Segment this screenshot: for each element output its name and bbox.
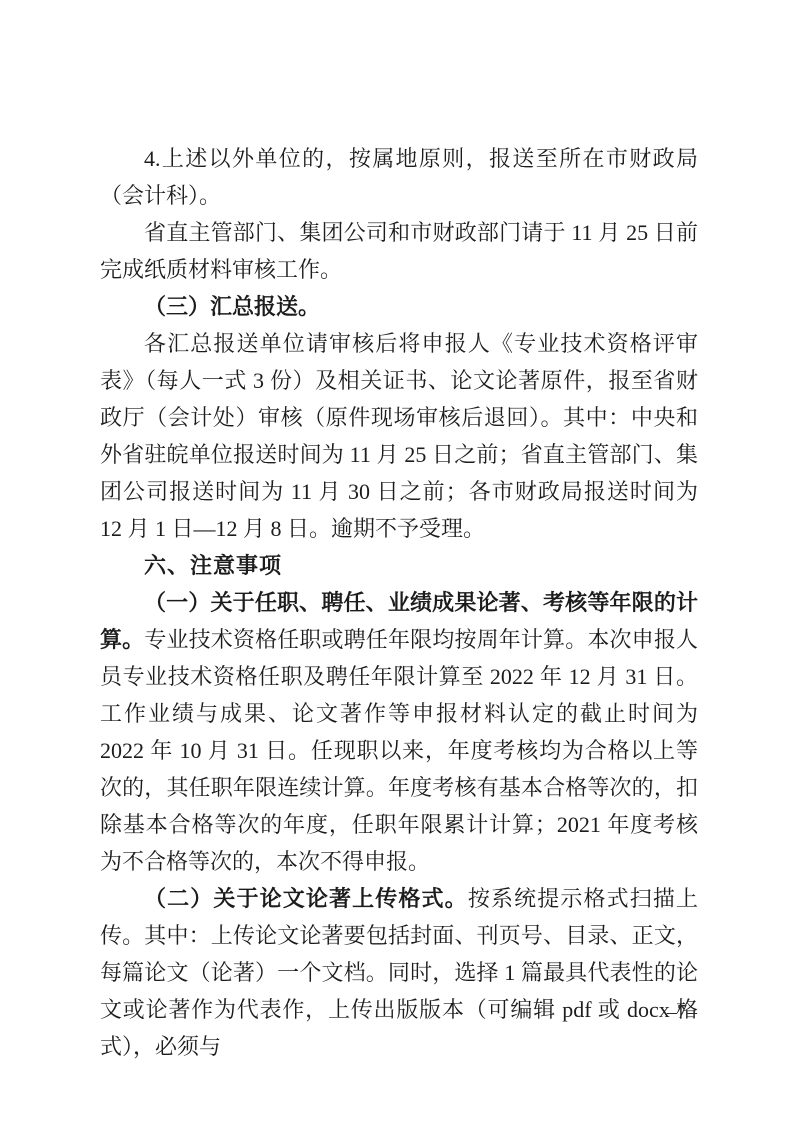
document-page: 4.上述以外单位的，按属地原则，报送至所在市财政局（会计科）。 省直主管部门、集… bbox=[0, 0, 793, 1122]
heading-notes: 六、注意事项 bbox=[100, 547, 698, 584]
item2-title: （二）关于论文论著上传格式。 bbox=[144, 886, 468, 911]
heading-summary-submission: （三）汇总报送。 bbox=[100, 288, 698, 325]
item1-body: 专业技术资格任职或聘任年限均按周年计算。本次申报人员专业技术资格任职及聘任年限计… bbox=[100, 627, 698, 874]
item2-body: 按系统提示格式扫描上传。其中：上传论文论著要包括封面、刊页号、目录、正文，每篇论… bbox=[100, 886, 698, 1059]
para-deadline-paper-review: 省直主管部门、集团公司和市财政部门请于 11 月 25 日前完成纸质材料审核工作… bbox=[100, 214, 698, 288]
document-body: 4.上述以外单位的，按属地原则，报送至所在市财政局（会计科）。 省直主管部门、集… bbox=[100, 140, 698, 1065]
page-number: –7– bbox=[0, 1000, 697, 1024]
para-item2: （二）关于论文论著上传格式。按系统提示格式扫描上传。其中：上传论文论著要包括封面… bbox=[100, 880, 698, 1065]
para-item1: （一）关于任职、聘任、业绩成果论著、考核等年限的计算。专业技术资格任职或聘任年限… bbox=[100, 584, 698, 880]
para-summary-submission-detail: 各汇总报送单位请审核后将申报人《专业技术资格评审表》（每人一式 3 份）及相关证… bbox=[100, 325, 698, 547]
para-other-units: 4.上述以外单位的，按属地原则，报送至所在市财政局（会计科）。 bbox=[100, 140, 698, 214]
